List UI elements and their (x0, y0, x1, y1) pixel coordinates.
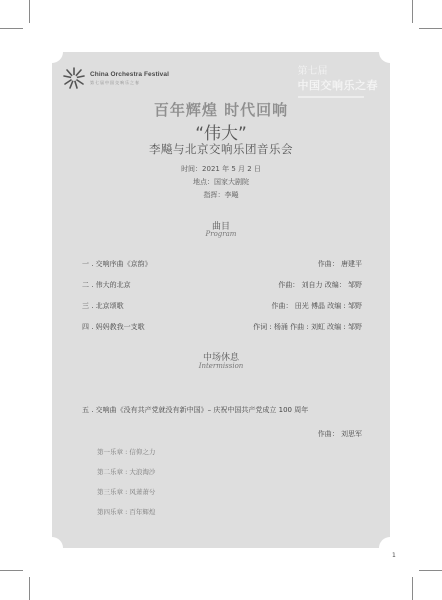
piece-title: 二 . 伟大的北京 (82, 280, 131, 290)
program-item: 五 . 交响曲《没有共产党就没有新中国》– 庆祝中国共产党成立 100 周年 (82, 405, 362, 415)
program-page: China Orchestra Festival 第七届中国交响乐之春 第七届 … (52, 52, 390, 548)
festival-subline (298, 96, 364, 98)
program-heading-en: Program (52, 230, 390, 238)
corner-notch (379, 41, 401, 63)
crop-mark (29, 0, 30, 23)
concert-date: 时间：2021 年 5 月 2 日 (52, 164, 390, 174)
orchestra-logo-icon (62, 66, 86, 90)
logo-title: China Orchestra Festival (90, 71, 169, 78)
program-item: 三 . 北京颂歌 作曲： 田光 傅晶 改编 : 邹野 (82, 301, 362, 311)
crop-mark (0, 570, 23, 571)
concert-conductor: 指挥：李飚 (52, 190, 390, 200)
crop-mark (412, 577, 413, 600)
crop-mark (412, 0, 413, 23)
crop-mark (419, 570, 442, 571)
concert-title: 李飚与北京交响乐团音乐会 (52, 141, 390, 157)
program-item: 一 . 交响序曲《京韵》 作曲： 唐建平 (82, 259, 362, 269)
concert-venue: 地点：国家大剧院 (52, 177, 390, 187)
piece-credit: 作曲： 刘思军 (318, 429, 362, 439)
festival-edition: 第七届 (298, 62, 379, 77)
piece-title: 五 . 交响曲《没有共产党就没有新中国》– 庆祝中国共产党成立 100 周年 (82, 405, 308, 415)
piece-title: 三 . 北京颂歌 (82, 301, 124, 311)
festival-name: 中国交响乐之春 (298, 77, 379, 93)
movement: 第四乐章 : 百年辉煌 (97, 507, 155, 516)
logo-subtitle: 第七届中国交响乐之春 (90, 80, 169, 86)
program-item: 四 . 妈妈教我一支歌 作词 : 杨涌 作曲 : 刘虹 改编 : 邹野 (82, 322, 362, 332)
piece-credit: 作曲： 田光 傅晶 改编 : 邹野 (272, 301, 362, 311)
piece-credit: 作曲： 刘自力 改编： 邹野 (278, 280, 362, 290)
piece-credit: 作词 : 杨涌 作曲 : 刘虹 改编 : 邹野 (253, 322, 362, 332)
movement: 第一乐章 : 信仰之力 (97, 447, 155, 456)
corner-notch (379, 537, 401, 559)
festival-mark: 第七届 中国交响乐之春 (298, 62, 379, 98)
movement: 第三乐章 : 风萧萧兮 (97, 487, 155, 496)
piece-title: 四 . 妈妈教我一支歌 (82, 322, 145, 332)
main-title: 百年辉煌 时代回响 (52, 99, 390, 120)
piece-credit: 作曲： 唐建平 (318, 259, 362, 269)
intermission-heading-en: Intermission (52, 362, 390, 370)
crop-mark (0, 28, 23, 29)
page-number: 1 (392, 552, 396, 559)
program-item: 二 . 伟大的北京 作曲： 刘自力 改编： 邹野 (82, 280, 362, 290)
corner-notch (41, 537, 63, 559)
crop-mark (29, 577, 30, 600)
piece-title: 一 . 交响序曲《京韵》 (82, 259, 152, 269)
festival-logo: China Orchestra Festival 第七届中国交响乐之春 (62, 66, 169, 90)
corner-notch (41, 41, 63, 63)
crop-mark (419, 28, 442, 29)
movement: 第二乐章 : 大浪淘沙 (97, 467, 155, 476)
